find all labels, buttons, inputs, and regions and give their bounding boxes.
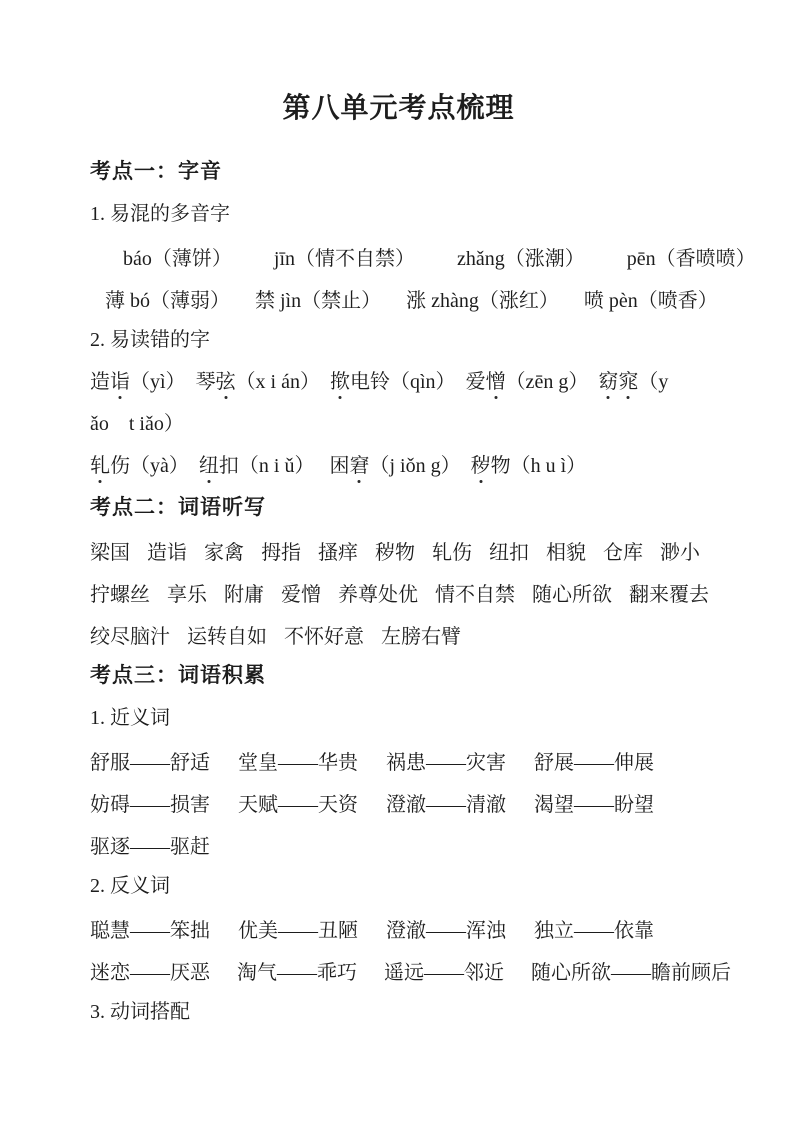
antonym-pair: 迷恋——厌恶	[90, 956, 210, 985]
text-segment: 扣	[219, 455, 239, 477]
emphasized-char: 窕	[618, 371, 638, 393]
antonyms-row-1: 聪慧——笨拙 优美——丑陋 澄澈——浑浊 独立——依靠	[90, 907, 707, 949]
dictation-word: 搔痒	[318, 536, 358, 565]
text-segment: （y	[638, 371, 668, 393]
synonyms-label: 1. 近义词	[90, 697, 707, 739]
dictation-word: 运转自如	[187, 620, 267, 649]
synonym-pair: 祸患——灾害	[386, 746, 506, 775]
section-heading-phonics: 考点一：字音	[90, 151, 707, 193]
text-segment: （qìn）	[390, 371, 466, 393]
duoyin-item: zhǎng（涨潮）	[457, 242, 585, 271]
antonym-pair: 澄澈——浑浊	[386, 914, 506, 943]
text-segment: （yì）	[130, 371, 196, 393]
antonym-pair: 遥远——邻近	[384, 956, 504, 985]
dictation-word: 秽物	[375, 536, 415, 565]
synonym-pair: 澄澈——清澈	[386, 788, 506, 817]
synonym-pair: 舒服——舒适	[90, 746, 210, 775]
dictation-word: 家禽	[204, 536, 244, 565]
text-segment: （j iǒn g）	[369, 455, 470, 477]
dictation-word: 左膀右臂	[381, 620, 461, 649]
duoyin-row-2: 薄 bó（薄弱） 禁 jìn（禁止） 涨 zhàng（涨红） 喷 pèn（喷香）	[90, 277, 707, 319]
antonym-pair: 随心所欲——瞻前顾后	[531, 956, 731, 985]
dictation-word: 爱憎	[281, 578, 321, 607]
dictation-row-2: 拧螺丝 享乐 附庸 爱憎 养尊处优 情不自禁 随心所欲 翻来覆去	[90, 571, 707, 613]
dictation-word: 渺小	[660, 536, 700, 565]
antonym-pair: 淘气——乖巧	[237, 956, 357, 985]
synonyms-row-2: 妨碍——损害 天赋——天资 澄澈——清澈 渴望——盼望	[90, 781, 707, 823]
yidu-line-1: 造诣（yì） 琴弦（x i án） 揿电铃（qìn） 爱憎（zēn g） 窈窕（…	[90, 361, 707, 403]
dictation-word: 拇指	[261, 536, 301, 565]
text-segment: （x i án）	[236, 371, 330, 393]
text-segment: 造	[90, 371, 110, 393]
yidu-label: 2. 易读错的字	[90, 319, 707, 361]
text-segment: 伤	[110, 455, 130, 477]
dictation-word: 不怀好意	[284, 620, 364, 649]
dictation-word: 轧伤	[432, 536, 472, 565]
synonym-pair: 天赋——天资	[238, 788, 358, 817]
duoyin-label: 1. 易混的多音字	[90, 193, 707, 235]
text-segment: （zēn g）	[506, 371, 599, 393]
emphasized-char: 纽	[199, 455, 219, 477]
text-segment: 电铃	[350, 371, 390, 393]
emphasized-char: 诣	[110, 371, 130, 393]
emphasized-char: 窘	[349, 455, 369, 477]
text-segment: （n i ǔ）	[239, 455, 330, 477]
emphasized-char: 弦	[216, 371, 236, 393]
duoyin-item: 涨 zhàng（涨红）	[406, 284, 559, 313]
emphasized-char: 揿	[330, 371, 350, 393]
section-heading-accumulation: 考点三：词语积累	[90, 655, 707, 697]
dictation-word: 养尊处优	[338, 578, 418, 607]
synonym-pair: 渴望——盼望	[534, 788, 654, 817]
antonym-pair: 独立——依靠	[534, 914, 654, 943]
text-segment: （yà）	[130, 455, 199, 477]
antonyms-label: 2. 反义词	[90, 865, 707, 907]
antonym-pair: 优美——丑陋	[238, 914, 358, 943]
dictation-row-1: 梁国 造诣 家禽 拇指 搔痒 秽物 轧伤 纽扣 相貌 仓库 渺小	[90, 529, 707, 571]
dictation-word: 相貌	[546, 536, 586, 565]
duoyin-item: 薄 bó（薄弱）	[105, 284, 230, 313]
text-segment: 物	[491, 455, 511, 477]
document-page: 第八单元考点梳理 考点一：字音 1. 易混的多音字 báo（薄饼） jīn（情不…	[0, 0, 793, 1122]
dictation-row-3: 绞尽脑汁 运转自如 不怀好意 左膀右臂	[90, 613, 707, 655]
dictation-word: 仓库	[603, 536, 643, 565]
emphasized-char: 憎	[486, 371, 506, 393]
duoyin-item: báo（薄饼）	[123, 242, 232, 271]
dictation-word: 纽扣	[489, 536, 529, 565]
synonym-pair: 妨碍——损害	[90, 788, 210, 817]
duoyin-item: pēn（香喷喷）	[627, 242, 756, 271]
text-segment: 琴	[196, 371, 216, 393]
dictation-word: 附庸	[224, 578, 264, 607]
document-title: 第八单元考点梳理	[90, 92, 707, 126]
verbs-label: 3. 动词搭配	[90, 991, 707, 1033]
yidu-line-2: 轧伤（yà） 纽扣（n i ǔ） 困窘（j iǒn g） 秽物（h u ì）	[90, 445, 707, 487]
text-segment: 爱	[466, 371, 486, 393]
dictation-word: 翻来覆去	[629, 578, 709, 607]
synonyms-row-3: 驱逐——驱赶	[90, 823, 707, 865]
text-segment: 困	[329, 455, 349, 477]
duoyin-item: 禁 jìn（禁止）	[255, 284, 381, 313]
dictation-word: 情不自禁	[435, 578, 515, 607]
dictation-word: 享乐	[167, 578, 207, 607]
synonym-pair: 堂皇——华贵	[238, 746, 358, 775]
emphasized-char: 轧	[90, 455, 110, 477]
dictation-word: 造诣	[147, 536, 187, 565]
section-heading-dictation: 考点二：词语听写	[90, 487, 707, 529]
duoyin-item: 喷 pèn（喷香）	[584, 284, 718, 313]
synonym-pair: 驱逐——驱赶	[90, 830, 210, 859]
antonyms-row-2: 迷恋——厌恶 淘气——乖巧 遥远——邻近 随心所欲——瞻前顾后	[90, 949, 707, 991]
synonym-pair: 舒展——伸展	[534, 746, 654, 775]
yidu-line-1-wrap: ǎo t iǎo）	[90, 403, 707, 445]
antonym-pair: 聪慧——笨拙	[90, 914, 210, 943]
dictation-word: 拧螺丝	[90, 578, 150, 607]
dictation-word: 随心所欲	[532, 578, 612, 607]
emphasized-char: 秽	[471, 455, 491, 477]
duoyin-row-1: báo（薄饼） jīn（情不自禁） zhǎng（涨潮） pēn（香喷喷）	[90, 235, 707, 277]
duoyin-item: jīn（情不自禁）	[274, 242, 415, 271]
dictation-word: 绞尽脑汁	[90, 620, 170, 649]
dictation-word: 梁国	[90, 536, 130, 565]
text-segment: （h u ì）	[511, 455, 587, 477]
synonyms-row-1: 舒服——舒适 堂皇——华贵 祸患——灾害 舒展——伸展	[90, 739, 707, 781]
emphasized-char: 窈	[598, 371, 618, 393]
